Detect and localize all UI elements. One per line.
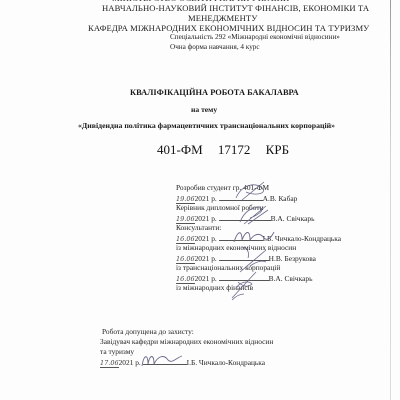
header-institute-line1: НАВЧАЛЬНО-НАУКОВИЙ ІНСТИТУТ ФІНАНСІВ, ЕК… bbox=[102, 4, 369, 13]
consultant2-year: 2021 р. bbox=[195, 254, 217, 263]
approval-admitted: Робота допущена до захисту: bbox=[102, 328, 194, 335]
header-specialty: Спеціальність 292 «Міжнародні економічні… bbox=[170, 34, 340, 41]
approval-signature-line bbox=[143, 358, 187, 365]
consultant3-signature-line bbox=[219, 274, 269, 281]
consultant1-year: 2021 р. bbox=[195, 234, 217, 243]
developer-year: 2021 р. bbox=[195, 194, 217, 203]
developer-signature-line bbox=[219, 194, 263, 201]
supervisor-signature-line bbox=[219, 214, 271, 221]
document-page: МІНІСТЕРСТВО ОСВІТИ І НАУКИ УКРАЇНИ НАВЧ… bbox=[0, 0, 400, 400]
consultant1-signature-line bbox=[219, 234, 263, 241]
consultant1-area: із міжнародних економічних відносин bbox=[176, 244, 296, 251]
supervisor-label: Керівник дипломної роботи bbox=[176, 204, 264, 211]
header-institute-line2: МЕНЕДЖМЕНТУ bbox=[188, 14, 257, 23]
work-type-title: КВАЛІФІКАЦІЙНА РОБОТА БАКАЛАВРА bbox=[130, 89, 299, 97]
approval-date: 17.06 bbox=[100, 360, 119, 368]
consultant2-name: Н.В. Безрукова bbox=[269, 254, 316, 263]
page-edge-line bbox=[390, 0, 391, 400]
thesis-topic: «Дивідендна політика фармацевтичних тран… bbox=[78, 122, 335, 130]
approval-head-line2: та туризму bbox=[100, 348, 134, 355]
consultant2-signature-line bbox=[219, 254, 269, 261]
header-department: КАФЕДРА МІЖНАРОДНИХ ЕКОНОМІЧНИХ ВІДНОСИН… bbox=[88, 24, 369, 33]
consultant2-area: із транснаціональних корпорацій bbox=[176, 264, 280, 271]
consultant3-name: В.А. Свічкарь bbox=[269, 274, 313, 283]
developer-name: А.В. Кабар bbox=[263, 194, 298, 203]
thesis-code: 401-ФМ 17172 КРБ bbox=[157, 143, 289, 156]
consultant1-name: І.Б. Чичкало-Кондрацька bbox=[263, 234, 341, 243]
consultants-label: Консультанти: bbox=[176, 224, 221, 231]
code-number: 17172 bbox=[218, 142, 251, 157]
approval-year: 2021 р. bbox=[119, 358, 141, 367]
consultant3-year: 2021 р. bbox=[195, 274, 217, 283]
supervisor-year: 2021 р. bbox=[195, 214, 217, 223]
developer-label: Розробив студент гр. 401-ФМ bbox=[176, 184, 269, 191]
header-study-form: Очна форма навчання, 4 курс bbox=[170, 44, 260, 51]
code-suffix: КРБ bbox=[266, 142, 289, 157]
supervisor-name: В.А. Свічкарь bbox=[271, 214, 315, 223]
on-topic-label: на тему bbox=[191, 106, 217, 114]
approval-head-line1: Завідувач кафедри міжнародних економічни… bbox=[100, 338, 273, 345]
approval-line: 17.062021 р. І.Б. Чичкало-Кондрацька bbox=[100, 358, 265, 368]
code-group: 401-ФМ bbox=[157, 142, 203, 157]
consultant3-area: із міжнародних фінансів bbox=[176, 284, 253, 291]
approval-name: І.Б. Чичкало-Кондрацька bbox=[187, 358, 265, 367]
